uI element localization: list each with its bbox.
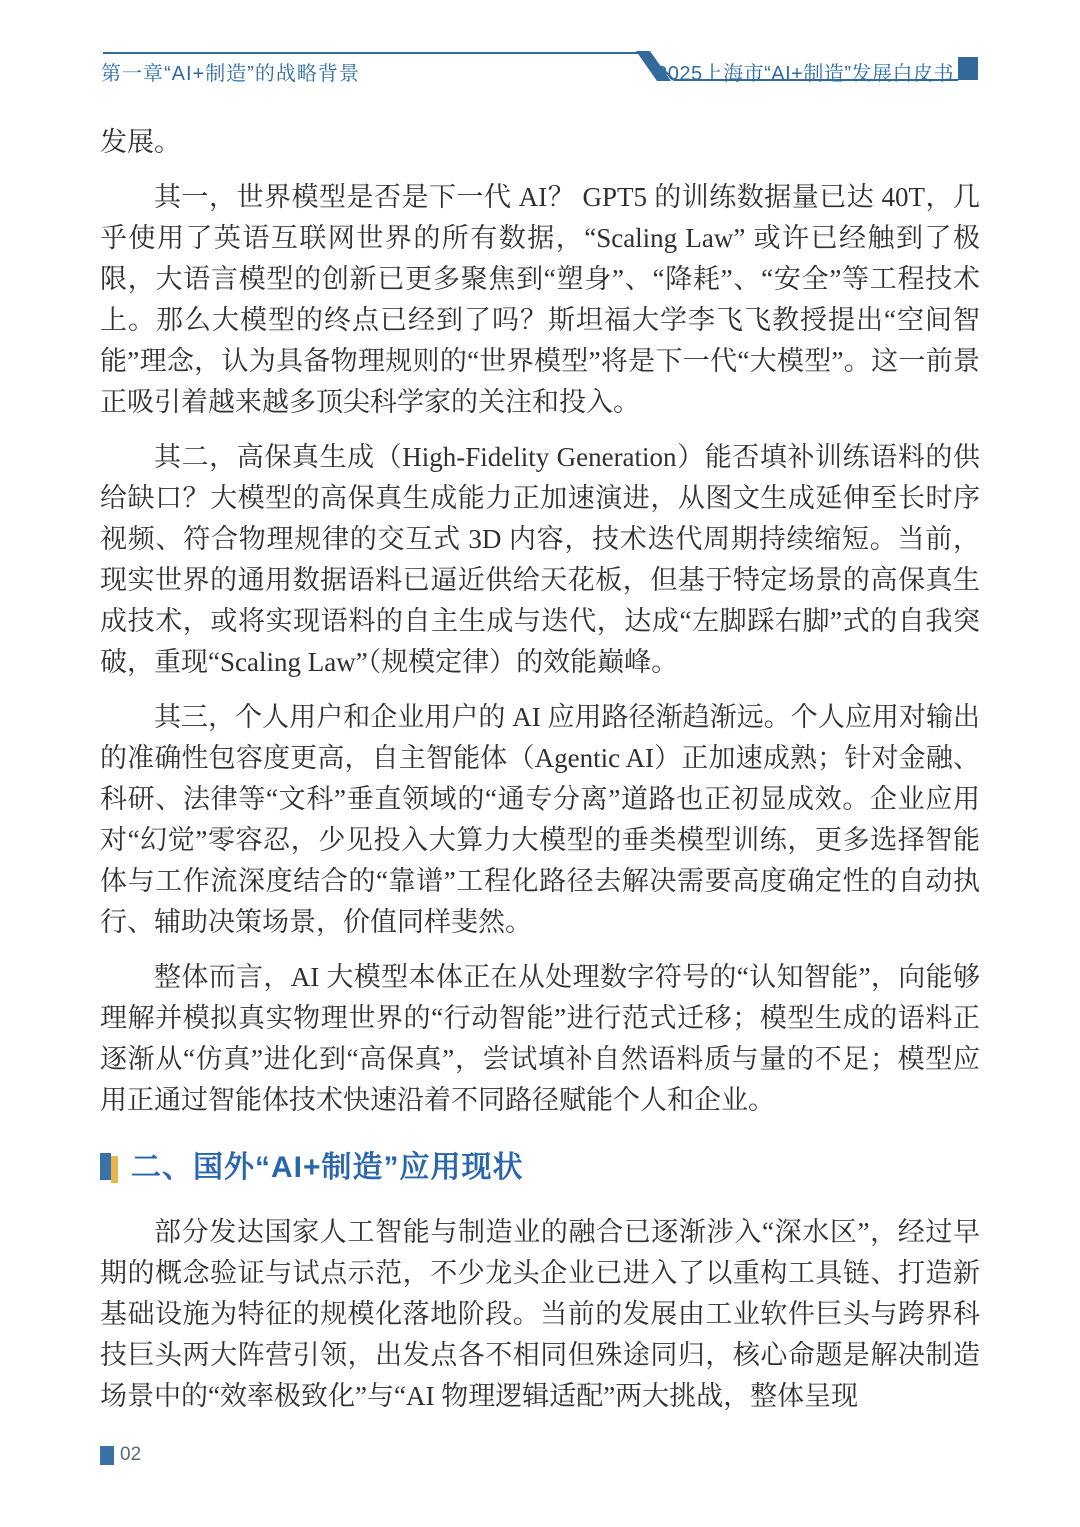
paragraph-point-one: 其一，世界模型是否是下一代 AI？ GPT5 的训练数据量已达 40T，几乎使用… [100,177,980,423]
section-marker-icon [100,1153,118,1183]
section-heading: 二、国外“AI+制造”应用现状 [100,1147,980,1188]
document-title: 2025上海市“AI+制造”发展白皮书 [656,57,954,86]
document-page: 第一章“AI+制造”的战略背景 2025上海市“AI+制造”发展白皮书 发展。 … [0,0,1080,1527]
continuation-paragraph: 发展。 [100,122,980,163]
page-number-square-icon [100,1446,114,1465]
page-body: 发展。 其一，世界模型是否是下一代 AI？ GPT5 的训练数据量已达 40T，… [100,122,980,1431]
paragraph-point-two: 其二，高保真生成（High-Fidelity Generation）能否填补训练… [100,437,980,683]
paragraph-point-three: 其三，个人用户和企业用户的 AI 应用路径渐趋渐远。个人应用对输出的准确性包容度… [100,697,980,943]
section-marker-yellow-bar [111,1156,118,1183]
paragraph-summary: 整体而言，AI 大模型本体正在从处理数字符号的“认知智能”，向能够理解并模拟真实… [100,957,980,1121]
chapter-title: 第一章“AI+制造”的战略背景 [101,57,360,86]
page-footer: 02 [100,1444,141,1466]
section-marker-blue-bar [100,1153,111,1180]
section-paragraph: 部分发达国家人工智能与制造业的融合已逐渐涉入“深水区”，经过早期的概念验证与试点… [100,1212,980,1417]
header-end-square [958,57,978,80]
page-number: 02 [120,1444,141,1466]
section-heading-text: 二、国外“AI+制造”应用现状 [131,1147,524,1188]
